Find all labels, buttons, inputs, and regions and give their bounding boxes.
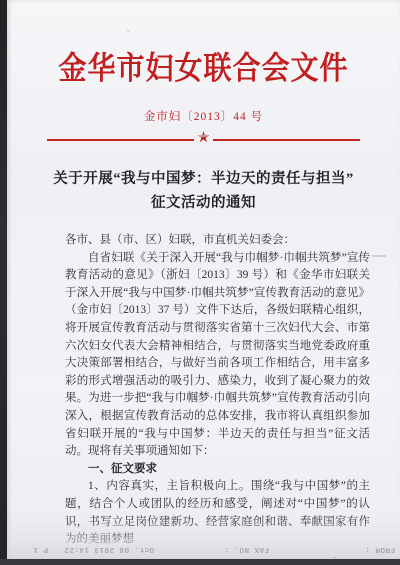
bottom-scan-edge-band <box>0 559 400 565</box>
fax-page-indicator: P 1 <box>33 545 48 553</box>
notice-title: 关于开展“我与中国梦：半边天的责任与担当” 征文活动的通知 <box>7 167 400 215</box>
fax-header-line-rotated: FROM : FAX NO. : Oct. 08 2013 14:22 P 1 <box>7 541 400 553</box>
fax-number-label: FAX NO. : <box>224 545 269 553</box>
fax-from-label: FROM : <box>365 545 395 553</box>
fax-header-strip: FROM : FAX NO. : Oct. 08 2013 14:22 P 1 <box>7 517 400 559</box>
notice-title-line2: 征文活动的通知 <box>7 191 400 215</box>
left-scan-edge-band <box>0 0 7 565</box>
document-paper: 金华市妇女联合会文件 金市妇〔2013〕44 号 ★ 关于开展“我与中国梦：半边… <box>7 0 400 559</box>
rule-right-segment <box>213 139 360 141</box>
document-body: 各市、县（市、区）妇联，市直机关妇委会： 自省妇联《关于深入开展“我与巾帼梦·巾… <box>65 232 370 549</box>
section-heading: 一、征文要求 <box>65 461 370 479</box>
star-icon: ★ <box>194 131 213 146</box>
notice-title-line1: 关于开展“我与中国梦：半边天的责任与担当” <box>7 167 400 191</box>
scan-speck <box>372 255 386 257</box>
fax-datetime: Oct. 08 2013 14:22 <box>64 545 154 553</box>
salutation: 各市、县（市、区）妇联，市直机关妇委会： <box>65 232 370 250</box>
rule-left-segment <box>47 139 194 141</box>
org-title: 金华市妇女联合会文件 <box>7 44 400 89</box>
scanned-document-page: 金华市妇女联合会文件 金市妇〔2013〕44 号 ★ 关于开展“我与中国梦：半边… <box>0 0 400 565</box>
scan-speck <box>127 30 130 32</box>
doc-number: 金市妇〔2013〕44 号 <box>7 108 400 124</box>
scan-speck <box>354 259 360 261</box>
paragraph-1: 自省妇联《关于深入开展“我与巾帼梦·巾帼共筑梦”宣传教育活动的意见》（浙妇〔20… <box>65 250 370 461</box>
